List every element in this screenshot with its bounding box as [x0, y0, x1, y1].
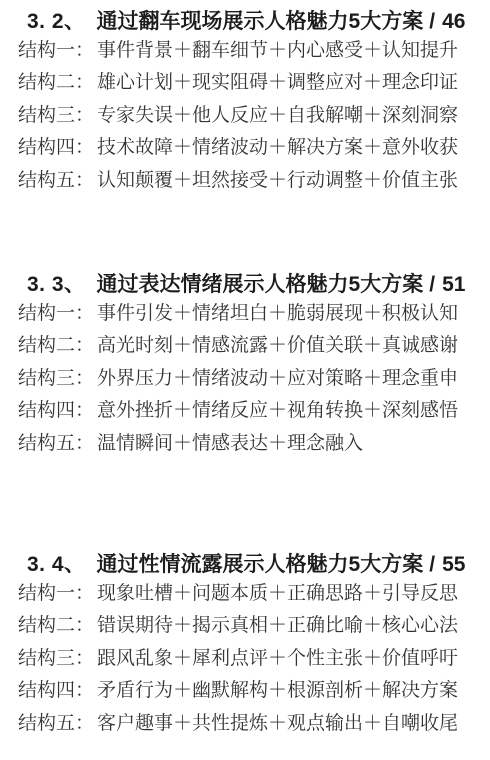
structure-line: 结构二：错误期待＋揭示真相＋正确比喻＋核心心法	[18, 610, 476, 642]
structure-line: 结构四：意外挫折＋情绪反应＋视角转换＋深刻感悟	[18, 395, 476, 427]
structure-line: 结构四：矛盾行为＋幽默解构＋根源剖析＋解决方案	[18, 675, 476, 707]
structure-content: 技术故障＋情绪波动＋解决方案＋意外收获	[97, 137, 458, 158]
structure-line: 结构三：专家失误＋他人反应＋自我解嘲＋深刻洞察	[18, 100, 476, 132]
section-title: 3. 3、通过表达情绪展示人格魅力5大方案/51	[18, 271, 476, 298]
section-number: 3. 4、	[27, 553, 86, 576]
structure-label: 结构二：	[18, 615, 94, 636]
structure-content: 高光时刻＋情感流露＋价值关联＋真诚感谢	[97, 335, 458, 356]
structure-label: 结构一：	[18, 583, 94, 604]
structure-label: 结构二：	[18, 335, 94, 356]
section-title-text: 通过翻车现场展示人格魅力5大方案	[97, 10, 424, 33]
structure-label: 结构一：	[18, 40, 94, 61]
document-page: 3. 2、通过翻车现场展示人格魅力5大方案/46 结构一：事件背景＋翻车细节＋内…	[0, 0, 490, 760]
structure-line: 结构二：雄心计划＋现实阻碍＋调整应对＋理念印证	[18, 67, 476, 99]
structure-line: 结构三：外界压力＋情绪波动＋应对策略＋理念重申	[18, 363, 476, 395]
structure-label: 结构三：	[18, 368, 94, 389]
title-page-separator: /	[429, 273, 435, 296]
structure-label: 结构一：	[18, 303, 94, 324]
structure-label: 结构四：	[18, 400, 94, 421]
toc-section-3-3: 3. 3、通过表达情绪展示人格魅力5大方案/51 结构一：事件引发＋情绪坦白＋脆…	[18, 271, 476, 460]
structure-content: 现象吐槽＋问题本质＋正确思路＋引导反思	[97, 583, 458, 604]
structure-label: 结构五：	[18, 433, 94, 454]
section-title: 3. 2、通过翻车现场展示人格魅力5大方案/46	[18, 8, 476, 35]
toc-section-3-2: 3. 2、通过翻车现场展示人格魅力5大方案/46 结构一：事件背景＋翻车细节＋内…	[18, 8, 476, 197]
structure-content: 错误期待＋揭示真相＋正确比喻＋核心心法	[97, 615, 458, 636]
structure-content: 雄心计划＋现实阻碍＋调整应对＋理念印证	[97, 72, 458, 93]
structure-line: 结构一：现象吐槽＋问题本质＋正确思路＋引导反思	[18, 578, 476, 610]
title-page-separator: /	[429, 10, 435, 33]
section-page-number: 55	[442, 553, 465, 576]
structure-content: 认知颠覆＋坦然接受＋行动调整＋价值主张	[97, 170, 458, 191]
structure-label: 结构五：	[18, 170, 94, 191]
structure-content: 矛盾行为＋幽默解构＋根源剖析＋解决方案	[97, 680, 458, 701]
structure-line: 结构五：客户趣事＋共性提炼＋观点输出＋自嘲收尾	[18, 708, 476, 740]
structure-label: 结构四：	[18, 680, 94, 701]
structure-content: 跟风乱象＋犀利点评＋个性主张＋价值呼吁	[97, 648, 458, 669]
structure-line: 结构五：认知颠覆＋坦然接受＋行动调整＋价值主张	[18, 165, 476, 197]
structure-content: 客户趣事＋共性提炼＋观点输出＋自嘲收尾	[97, 713, 458, 734]
structure-content: 意外挫折＋情绪反应＋视角转换＋深刻感悟	[97, 400, 458, 421]
section-title-text: 通过性情流露展示人格魅力5大方案	[97, 553, 424, 576]
structure-line: 结构一：事件引发＋情绪坦白＋脆弱展现＋积极认知	[18, 298, 476, 330]
title-page-separator: /	[429, 553, 435, 576]
structure-line: 结构三：跟风乱象＋犀利点评＋个性主张＋价值呼吁	[18, 643, 476, 675]
section-title: 3. 4、通过性情流露展示人格魅力5大方案/55	[18, 551, 476, 578]
section-page-number: 46	[442, 10, 465, 33]
structure-content: 事件背景＋翻车细节＋内心感受＋认知提升	[97, 40, 458, 61]
structure-label: 结构二：	[18, 72, 94, 93]
structure-content: 温情瞬间＋情感表达＋理念融入	[97, 433, 363, 454]
structure-label: 结构三：	[18, 648, 94, 669]
structure-label: 结构五：	[18, 713, 94, 734]
structure-line: 结构一：事件背景＋翻车细节＋内心感受＋认知提升	[18, 35, 476, 67]
structure-line: 结构五：温情瞬间＋情感表达＋理念融入	[18, 428, 476, 460]
structure-line: 结构四：技术故障＋情绪波动＋解决方案＋意外收获	[18, 132, 476, 164]
structure-content: 事件引发＋情绪坦白＋脆弱展现＋积极认知	[97, 303, 458, 324]
section-title-text: 通过表达情绪展示人格魅力5大方案	[97, 273, 424, 296]
section-number: 3. 2、	[27, 10, 86, 33]
structure-line: 结构二：高光时刻＋情感流露＋价值关联＋真诚感谢	[18, 330, 476, 362]
section-number: 3. 3、	[27, 273, 86, 296]
structure-content: 专家失误＋他人反应＋自我解嘲＋深刻洞察	[97, 105, 458, 126]
structure-label: 结构三：	[18, 105, 94, 126]
structure-content: 外界压力＋情绪波动＋应对策略＋理念重申	[97, 368, 458, 389]
toc-section-3-4: 3. 4、通过性情流露展示人格魅力5大方案/55 结构一：现象吐槽＋问题本质＋正…	[18, 551, 476, 740]
section-page-number: 51	[442, 273, 465, 296]
structure-label: 结构四：	[18, 137, 94, 158]
